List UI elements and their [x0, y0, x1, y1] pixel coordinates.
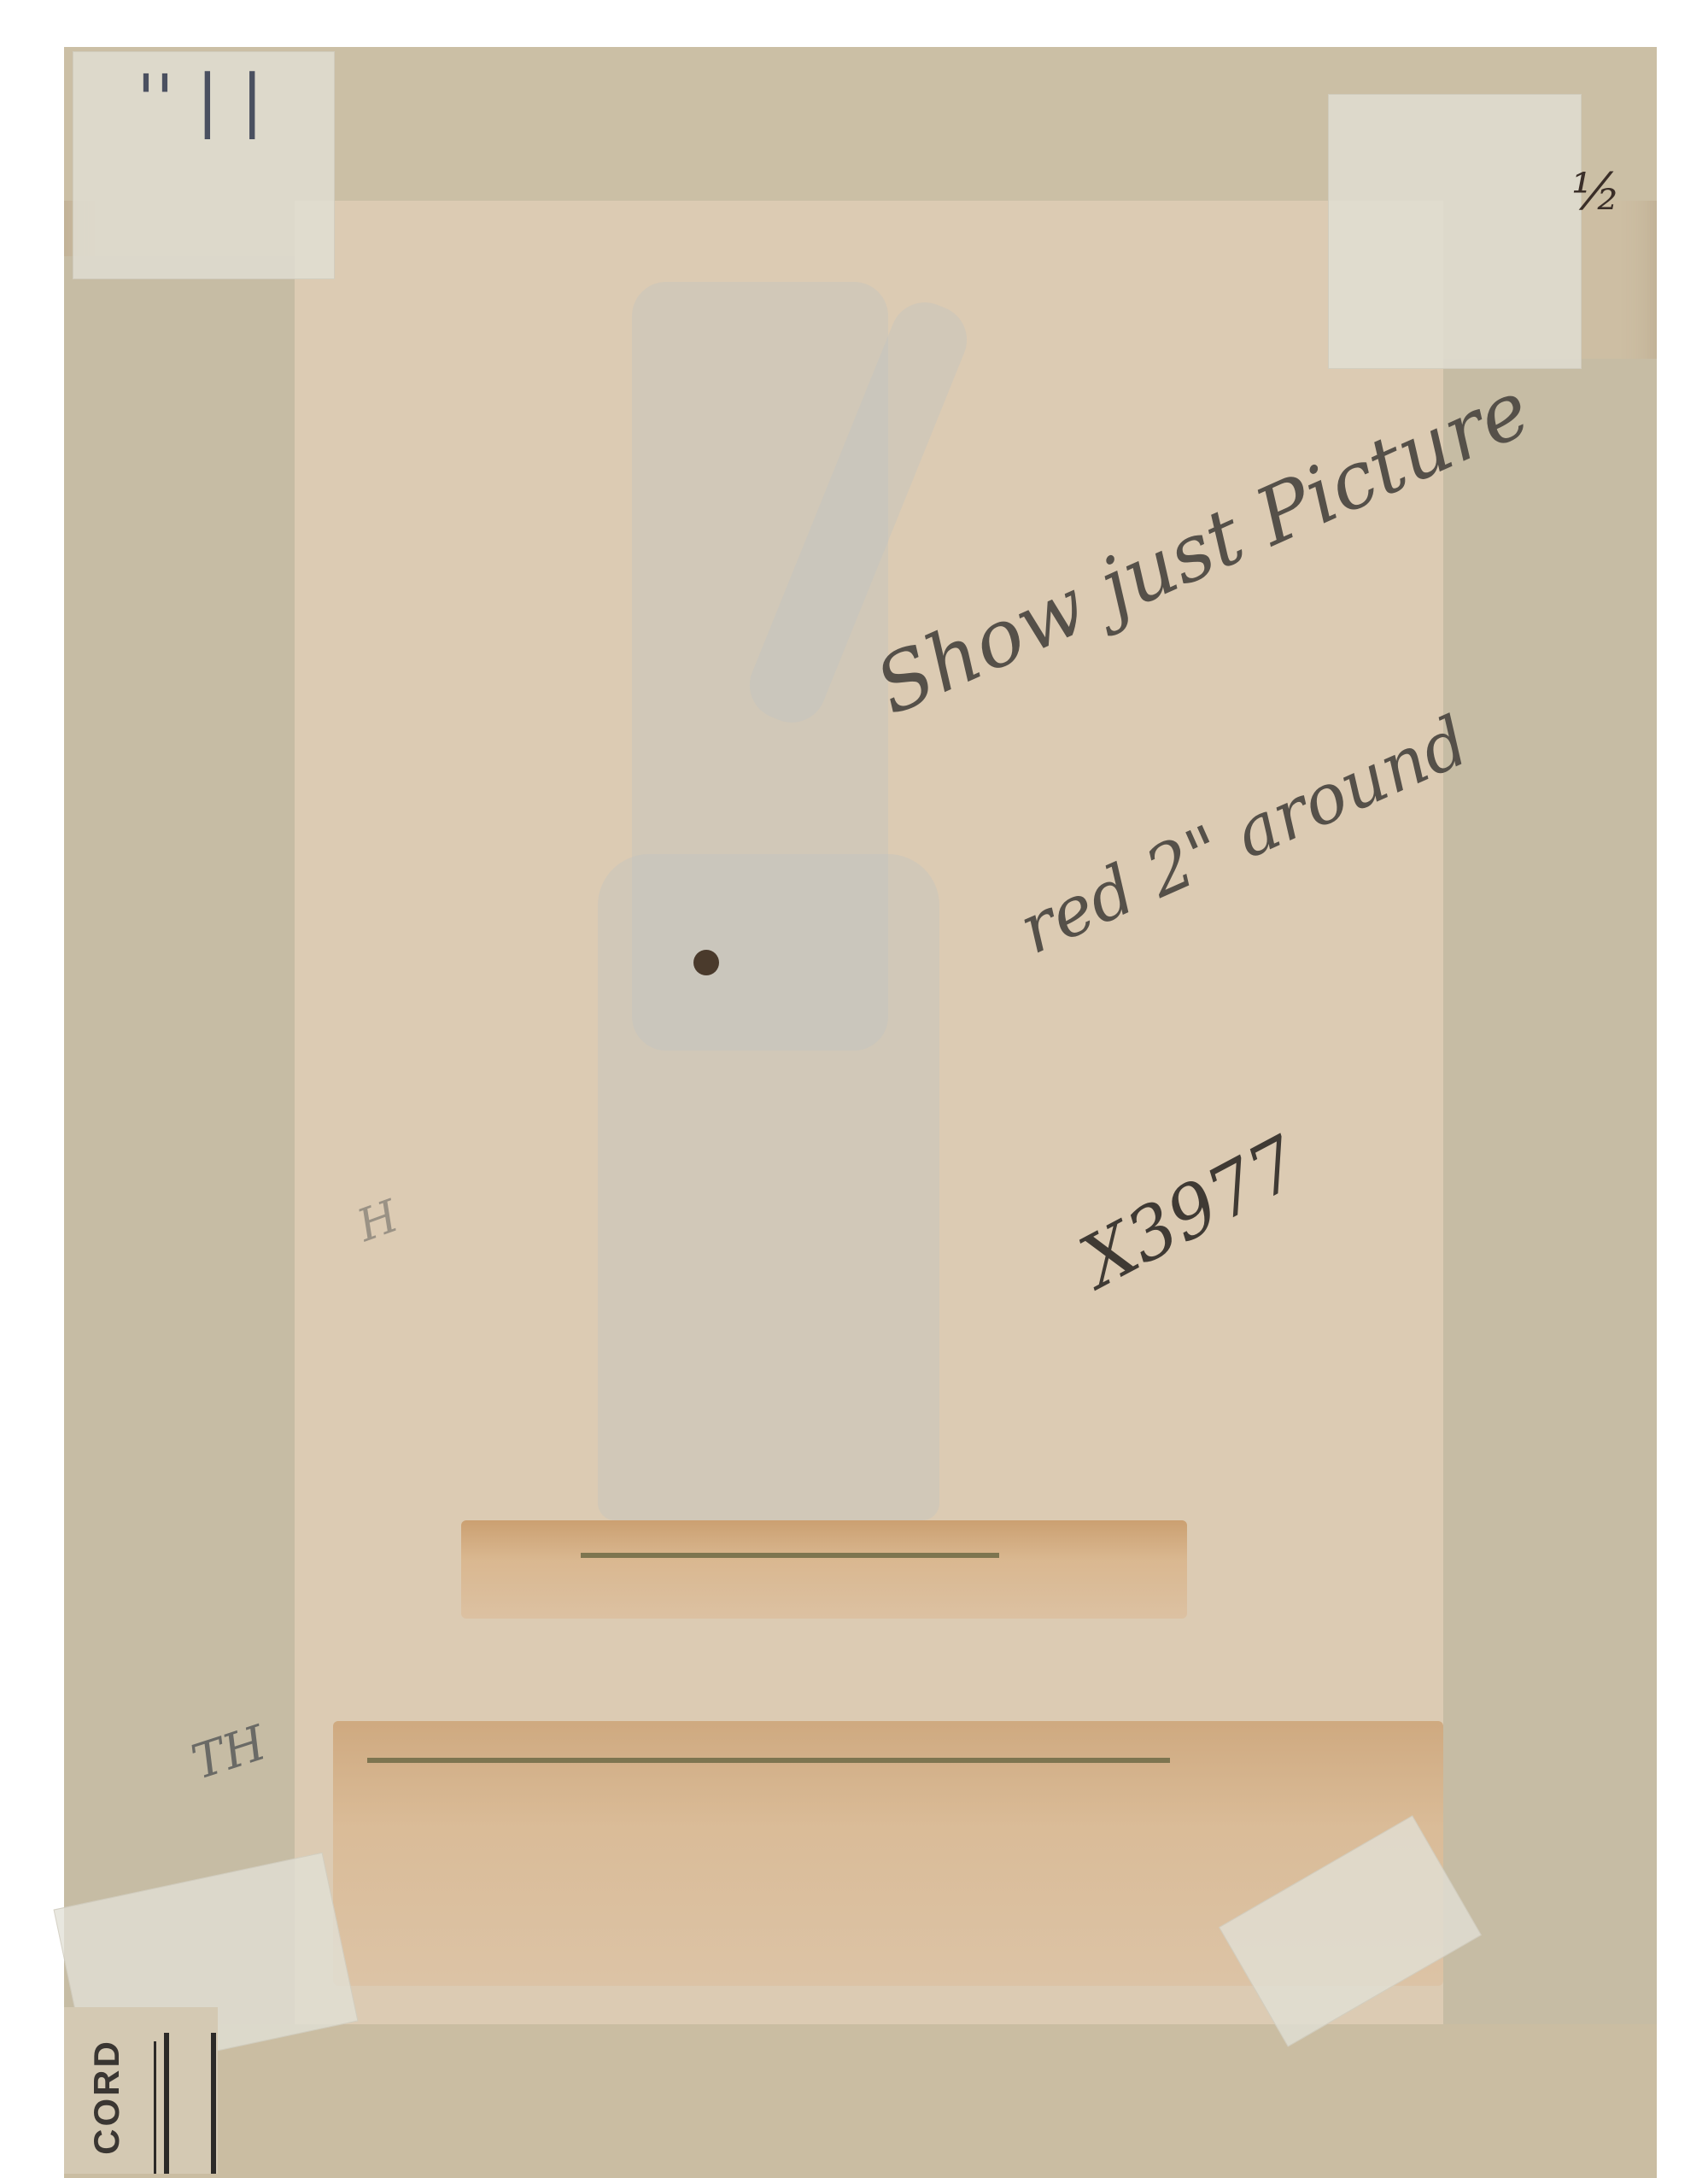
label-rule-thick	[164, 2033, 169, 2174]
right-border-strip	[1443, 359, 1657, 2135]
olive-rule-upper	[581, 1553, 999, 1558]
label-rule-edge	[211, 2033, 216, 2174]
nail-hole	[693, 950, 719, 975]
tape-top-right	[1328, 94, 1582, 369]
show-through-robe	[598, 854, 939, 1520]
bottom-border-strip	[64, 2024, 1657, 2178]
label-text: CORD	[86, 2039, 127, 2155]
left-border-strip	[64, 256, 295, 2135]
frame-label: CORD	[64, 2007, 218, 2174]
tape-residue-stain-upper	[461, 1520, 1187, 1619]
olive-rule-lower	[367, 1758, 1170, 1763]
label-rule-thin	[154, 2041, 156, 2174]
corner-mark-top-left: '' | |	[137, 60, 264, 139]
corner-mark-top-right: ½	[1571, 162, 1621, 222]
